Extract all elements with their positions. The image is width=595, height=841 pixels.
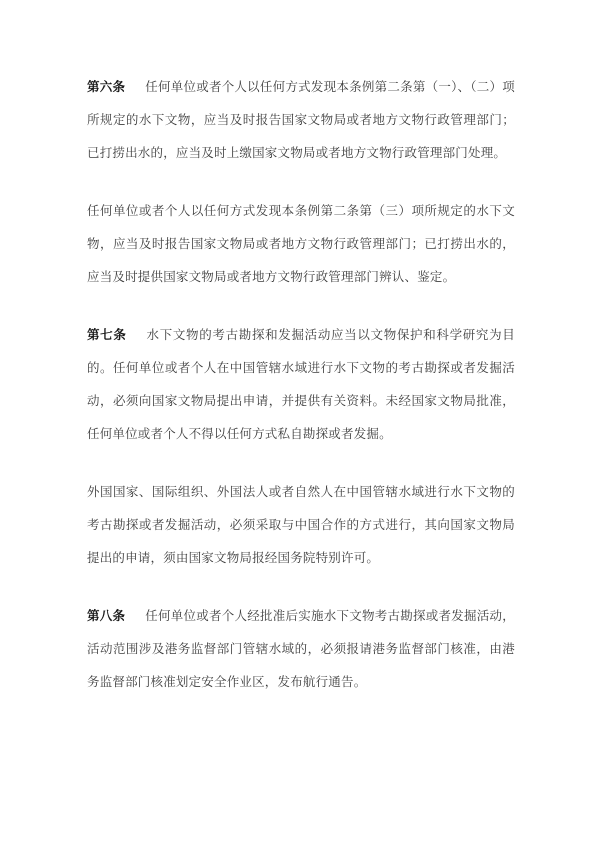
article-number: 第六条	[87, 79, 125, 94]
document-page: 第六条任何单位或者个人以任何方式发现本条例第二条第（一）、（二）项所规定的水下文…	[0, 0, 595, 841]
paragraph-text: 外国国家、国际组织、外国法人或者自然人在中国管辖水域进行水下文物的考古勘探或者发…	[87, 484, 515, 565]
article-number: 第七条	[87, 327, 127, 342]
paragraph-text: 任何单位或者个人经批准后实施水下文物考古勘探或者发掘活动，活动范围涉及港务监督部…	[87, 608, 515, 689]
paragraph-text: 任何单位或者个人以任何方式发现本条例第二条第（三）项所规定的水下文物，应当及时报…	[87, 203, 515, 284]
document-body: 第六条任何单位或者个人以任何方式发现本条例第二条第（一）、（二）项所规定的水下文…	[87, 70, 515, 723]
article-paragraph: 外国国家、国际组织、外国法人或者自然人在中国管辖水域进行水下文物的考古勘探或者发…	[87, 475, 515, 574]
article-paragraph: 第八条任何单位或者个人经批准后实施水下文物考古勘探或者发掘活动，活动范围涉及港务…	[87, 599, 515, 698]
article-number: 第八条	[87, 608, 125, 623]
paragraph-text: 任何单位或者个人以任何方式发现本条例第二条第（一）、（二）项所规定的水下文物，应…	[87, 79, 515, 160]
article-paragraph: 任何单位或者个人以任何方式发现本条例第二条第（三）项所规定的水下文物，应当及时报…	[87, 194, 515, 293]
article-paragraph: 第六条任何单位或者个人以任何方式发现本条例第二条第（一）、（二）项所规定的水下文…	[87, 70, 515, 169]
article-paragraph: 第七条水下文物的考古勘探和发掘活动应当以文物保护和科学研究为目的。任何单位或者个…	[87, 318, 515, 450]
paragraph-text: 水下文物的考古勘探和发掘活动应当以文物保护和科学研究为目的。任何单位或者个人在中…	[87, 327, 515, 441]
